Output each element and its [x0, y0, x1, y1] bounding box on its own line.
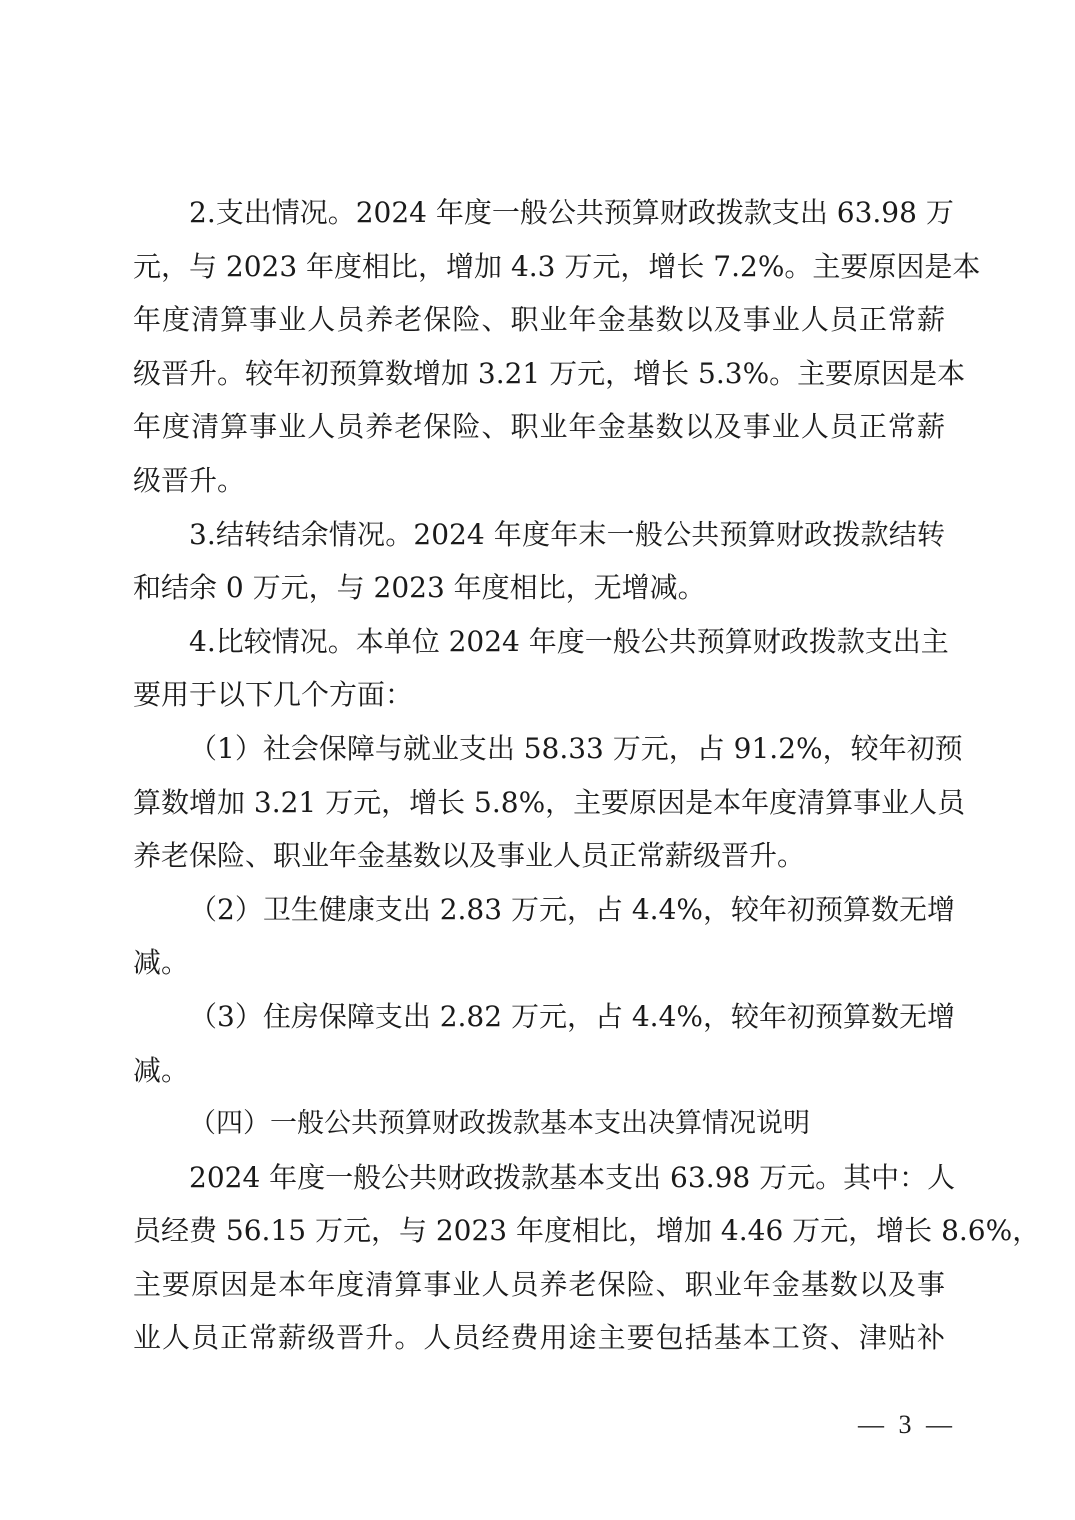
text-line: 要用于以下几个方面：	[133, 675, 945, 729]
paragraph-comparison: 4.比较情况。本单位 2024 年度一般公共预算财政拨款支出主 要用于以下几个方…	[133, 622, 945, 729]
text-line: 3.结转结余情况。2024 年度年末一般公共预算财政拨款结转	[133, 515, 945, 569]
text-line: （3）住房保障支出 2.82 万元，占 4.4%，较年初预算数无增	[133, 997, 945, 1051]
text-line: 减。	[133, 1051, 945, 1105]
document-body: 2.支出情况。2024 年度一般公共预算财政拨款支出 63.98 万 元，与 2…	[133, 193, 945, 1372]
text-line: 年度清算事业人员养老保险、职业年金基数以及事业人员正常薪	[133, 300, 945, 354]
text-line: 主要原因是本年度清算事业人员养老保险、职业年金基数以及事	[133, 1265, 945, 1319]
paragraph-item-social-security: （1）社会保障与就业支出 58.33 万元，占 91.2%，较年初预 算数增加 …	[133, 729, 945, 890]
text-line: 算数增加 3.21 万元，增长 5.8%，主要原因是本年度清算事业人员	[133, 783, 945, 837]
text-line: 年度清算事业人员养老保险、职业年金基数以及事业人员正常薪	[133, 407, 945, 461]
paragraph-carryover: 3.结转结余情况。2024 年度年末一般公共预算财政拨款结转 和结余 0 万元，…	[133, 515, 945, 622]
text-line: （1）社会保障与就业支出 58.33 万元，占 91.2%，较年初预	[133, 729, 945, 783]
text-line: 员经费 56.15 万元，与 2023 年度相比，增加 4.46 万元，增长 8…	[133, 1211, 945, 1265]
text-line: 减。	[133, 943, 945, 997]
paragraph-basic-expenditure: 2024 年度一般公共财政拨款基本支出 63.98 万元。其中：人 员经费 56…	[133, 1158, 945, 1372]
text-line: 级晋升。	[133, 461, 945, 515]
text-line: 级晋升。较年初预算数增加 3.21 万元，增长 5.3%。主要原因是本	[133, 354, 945, 408]
paragraph-expenditure: 2.支出情况。2024 年度一般公共预算财政拨款支出 63.98 万 元，与 2…	[133, 193, 945, 515]
text-line: 和结余 0 万元，与 2023 年度相比，无增减。	[133, 568, 945, 622]
text-line: （2）卫生健康支出 2.83 万元，占 4.4%，较年初预算数无增	[133, 890, 945, 944]
text-line: 元，与 2023 年度相比，增加 4.3 万元，增长 7.2%。主要原因是本	[133, 247, 945, 301]
text-line: 2.支出情况。2024 年度一般公共预算财政拨款支出 63.98 万	[133, 193, 945, 247]
text-line: 业人员正常薪级晋升。人员经费用途主要包括基本工资、津贴补	[133, 1318, 945, 1372]
paragraph-item-health: （2）卫生健康支出 2.83 万元，占 4.4%，较年初预算数无增 减。	[133, 890, 945, 997]
text-line: 养老保险、职业年金基数以及事业人员正常薪级晋升。	[133, 836, 945, 890]
page-number: — 3 —	[858, 1410, 956, 1440]
text-line: 2024 年度一般公共财政拨款基本支出 63.98 万元。其中：人	[133, 1158, 945, 1212]
section-heading: （四）一般公共预算财政拨款基本支出决算情况说明	[133, 1104, 945, 1158]
text-line: 4.比较情况。本单位 2024 年度一般公共预算财政拨款支出主	[133, 622, 945, 676]
paragraph-item-housing: （3）住房保障支出 2.82 万元，占 4.4%，较年初预算数无增 减。	[133, 997, 945, 1104]
